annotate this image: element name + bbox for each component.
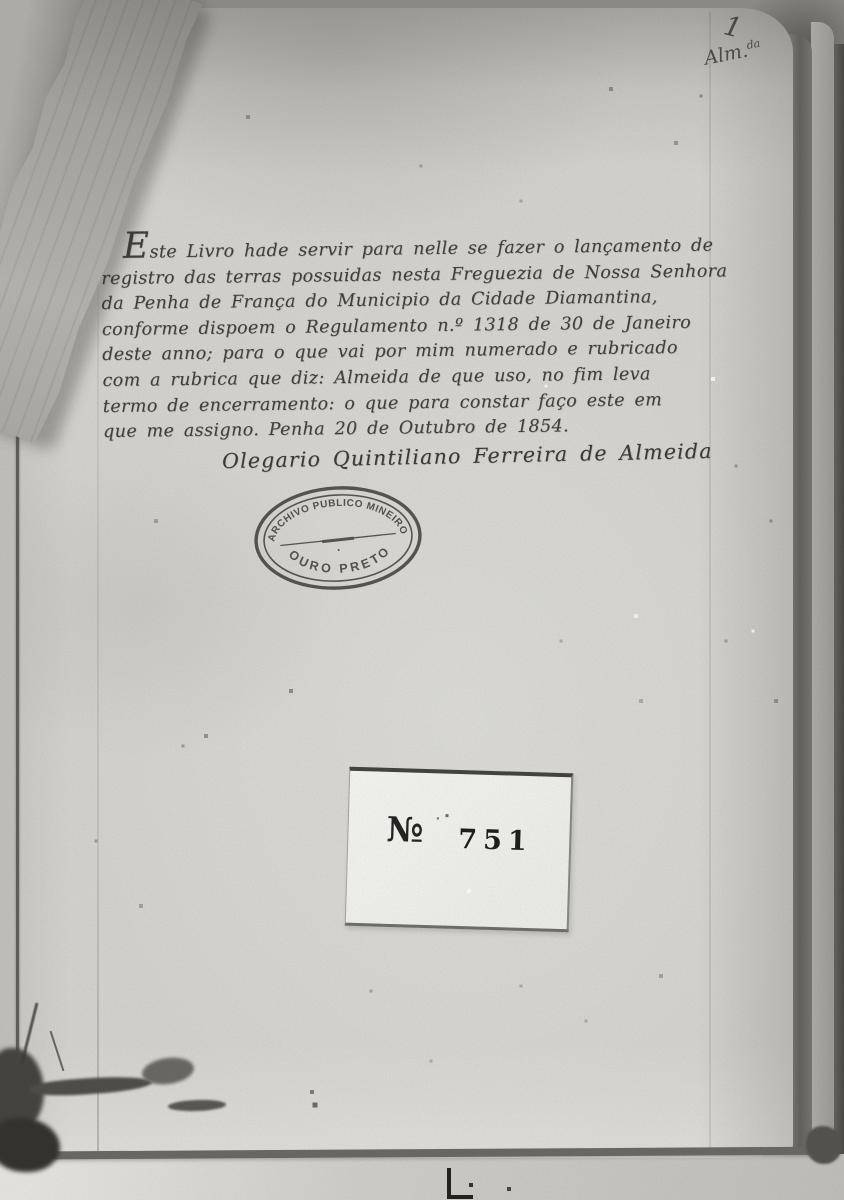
stamp-divider-dash [322,538,354,541]
page-edge-band [811,22,834,1200]
page-corner-shadow [806,1126,842,1164]
binding-gutter [0,372,15,1160]
stamp-dot [338,549,340,551]
archive-stamp: ARCHIVO PUBLICO MINEIRO OURO PRETO [249,482,426,595]
number-label-card: № 751 [345,767,574,933]
stamp-oval-graphic: ARCHIVO PUBLICO MINEIRO OURO PRETO [249,482,426,595]
page-edge-band [790,34,812,1200]
corner-registration-mark [447,1168,473,1199]
rubric-superscript: da [745,37,761,52]
label-ink-dots [437,817,439,819]
page-fold-crease [709,12,711,1154]
label-numero-sign: № [386,810,424,851]
label-number: 751 [458,824,533,857]
binding-stitch-line [16,380,19,1158]
scanned-document-page: 1 Alm.da Este Livro hade servir para nel… [0,0,844,1200]
manuscript-text-block: Este Livro hade servir para nelle se faz… [101,230,768,446]
below-page-area [0,1154,844,1200]
dust-specks [0,0,2,2]
